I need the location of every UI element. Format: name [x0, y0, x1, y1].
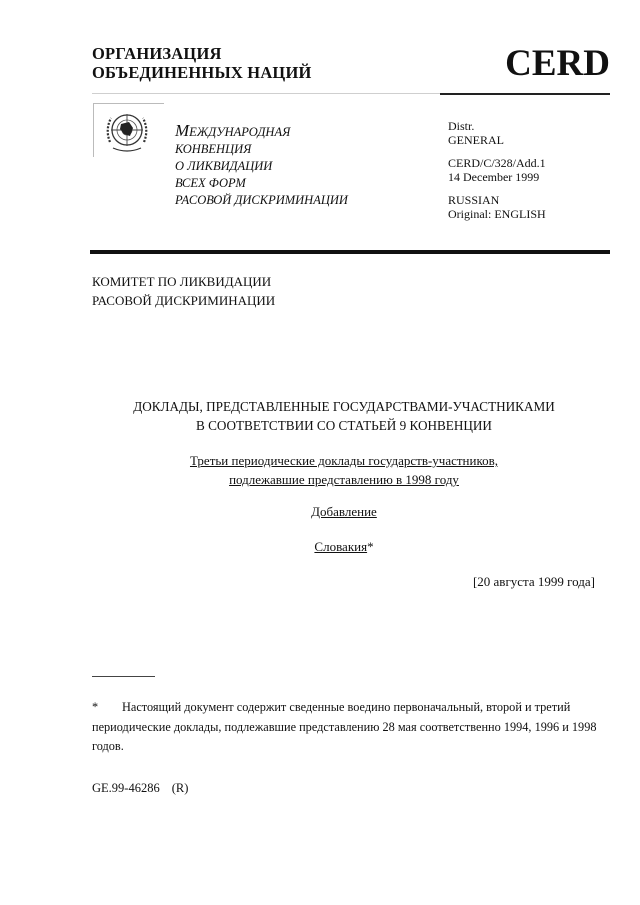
footnote-reference: * — [367, 539, 374, 554]
report-subtitle: Третьи периодические доклады государств-… — [0, 451, 640, 489]
footnote: *Настоящий документ содержит сведенные в… — [92, 698, 607, 757]
doc-language: RUSSIAN — [448, 194, 546, 208]
committee-line-2: РАСОВОЙ ДИСКРИМИНАЦИИ — [92, 291, 275, 310]
country-heading: Словакия* — [0, 539, 640, 555]
convention-line-5: РАСОВОЙ ДИСКРИМИНАЦИИ — [175, 192, 348, 209]
distribution-block: Distr. GENERAL CERD/C/328/Add.1 14 Decem… — [448, 120, 546, 221]
thick-divider — [90, 250, 610, 254]
country-name: Словакия — [314, 539, 367, 554]
doc-original-language: Original: ENGLISH — [448, 208, 546, 222]
footnote-separator — [92, 676, 155, 677]
distr-label: Distr. — [448, 120, 546, 134]
organization-line-1: ОРГАНИЗАЦИЯ — [92, 44, 312, 63]
cerd-underline — [440, 93, 610, 95]
document-symbol-cerd: CERD — [505, 44, 610, 84]
addendum-label: Добавление — [0, 504, 640, 520]
organization-name: ОРГАНИЗАЦИЯ ОБЪЕДИНЕННЫХ НАЦИЙ — [92, 44, 312, 82]
distr-value: GENERAL — [448, 134, 546, 148]
convention-line-1: МЕЖДУНАРОДНАЯ — [175, 122, 348, 141]
un-emblem-frame — [93, 103, 164, 157]
doc-symbol: CERD/C/328/Add.1 — [448, 157, 546, 171]
report-title: ДОКЛАДЫ, ПРЕДСТАВЛЕННЫЕ ГОСУДАРСТВАМИ-УЧ… — [0, 397, 640, 435]
submission-date: [20 августа 1999 года] — [473, 574, 595, 590]
job-number: GE.99-46286(R) — [92, 781, 188, 796]
committee-line-1: КОМИТЕТ ПО ЛИКВИДАЦИИ — [92, 272, 275, 291]
footnote-mark: * — [92, 698, 122, 718]
organization-line-2: ОБЪЕДИНЕННЫХ НАЦИЙ — [92, 63, 312, 82]
committee-name: КОМИТЕТ ПО ЛИКВИДАЦИИ РАСОВОЙ ДИСКРИМИНА… — [92, 272, 275, 310]
job-language: (R) — [172, 781, 189, 795]
convention-line-3: О ЛИКВИДАЦИИ — [175, 158, 348, 175]
convention-title: МЕЖДУНАРОДНАЯ КОНВЕНЦИЯ О ЛИКВИДАЦИИ ВСЕ… — [175, 122, 348, 209]
doc-date: 14 December 1999 — [448, 171, 546, 185]
un-emblem-icon — [99, 106, 155, 158]
convention-first-rest: ЕЖДУНАРОДНАЯ — [189, 125, 290, 139]
convention-line-2: КОНВЕНЦИЯ — [175, 141, 348, 158]
report-title-line-1: ДОКЛАДЫ, ПРЕДСТАВЛЕННЫЕ ГОСУДАРСТВАМИ-УЧ… — [0, 397, 640, 416]
report-subtitle-line-1: Третьи периодические доклады государств-… — [0, 451, 640, 470]
convention-first-letter: М — [175, 121, 189, 140]
footnote-text: Настоящий документ содержит сведенные во… — [92, 700, 597, 753]
report-subtitle-line-2: подлежавшие представлению в 1998 году — [0, 470, 640, 489]
job-code: GE.99-46286 — [92, 781, 160, 795]
report-title-line-2: В СООТВЕТСТВИИ СО СТАТЬЕЙ 9 КОНВЕНЦИИ — [0, 416, 640, 435]
convention-line-4: ВСЕХ ФОРМ — [175, 175, 348, 192]
